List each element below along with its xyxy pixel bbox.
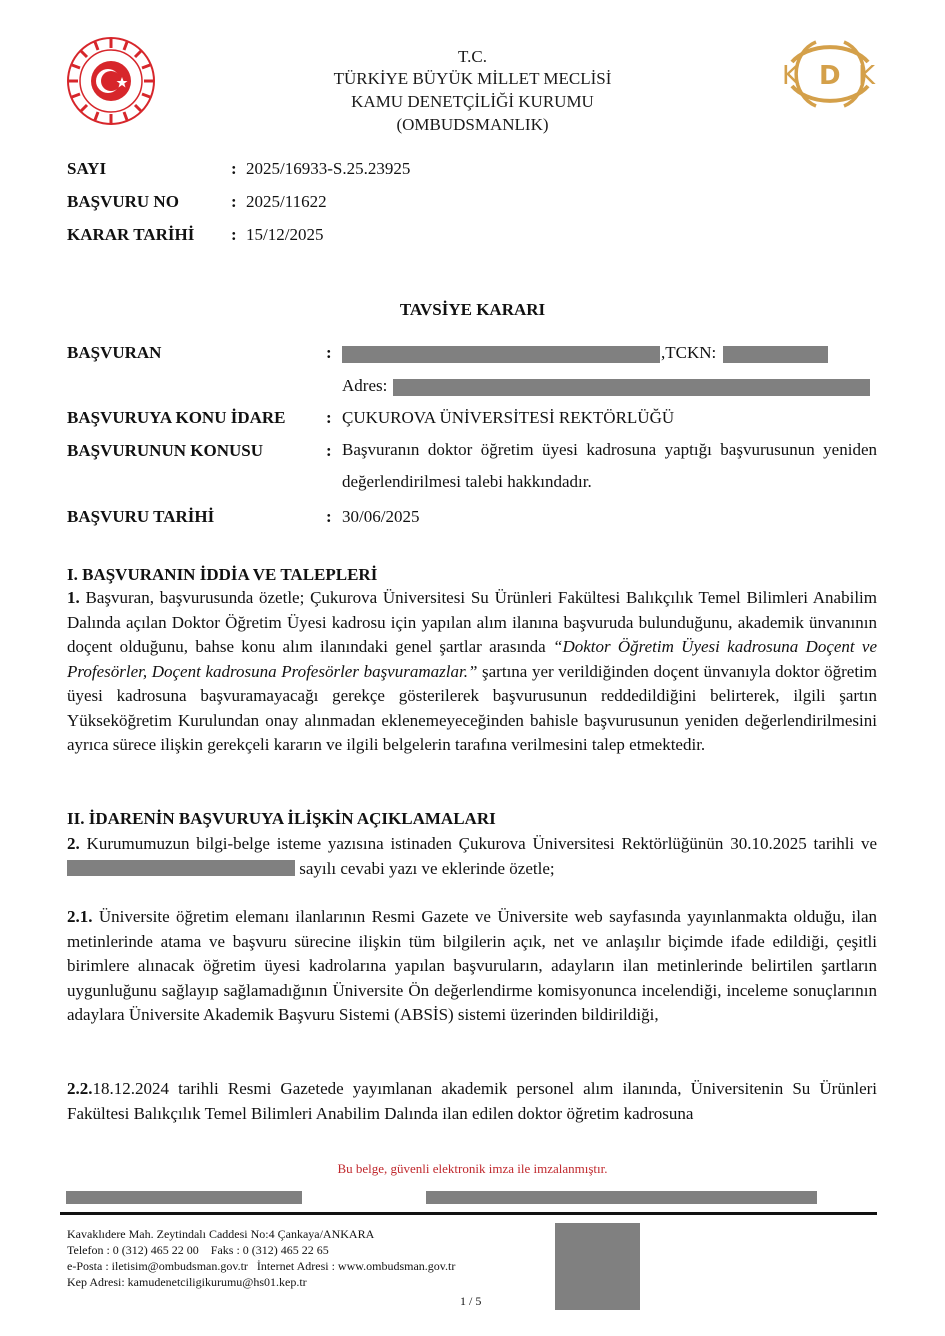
paragraph-1: 1. Başvuran, başvurusunda özetle; Çukuro… bbox=[67, 586, 877, 758]
paragraph-number: 2.1. bbox=[67, 907, 93, 926]
colon: : bbox=[231, 225, 237, 245]
paragraph-text: sayılı cevabi yazı ve eklerinde özetle; bbox=[295, 859, 555, 878]
redacted-applicant-name bbox=[342, 346, 660, 363]
page-number: 1 / 5 bbox=[460, 1293, 481, 1309]
subject-value: Başvuranın doktor öğretim üyesi kadrosun… bbox=[342, 434, 877, 498]
authority-value: ÇUKUROVA ÜNİVERSİTESİ REKTÖRLÜĞÜ bbox=[342, 408, 674, 428]
header-kdk: KAMU DENETÇİLİĞİ KURUMU bbox=[0, 92, 945, 112]
paragraph-number: 1. bbox=[67, 588, 80, 607]
karar-tarihi-value: 15/12/2025 bbox=[246, 225, 323, 245]
subject-label: BAŞVURUNUN KONUSU bbox=[67, 441, 263, 461]
section-1-title: I. BAŞVURANIN İDDİA VE TALEPLERİ bbox=[67, 565, 377, 585]
paragraph-2-1: 2.1. Üniversite öğretim elemanı ilanları… bbox=[67, 905, 877, 1028]
header-tbmm: TÜRKİYE BÜYÜK MİLLET MECLİSİ bbox=[0, 69, 945, 89]
redacted-tckn bbox=[723, 346, 828, 363]
redacted-signature-right bbox=[426, 1191, 817, 1204]
footer-email-web: e-Posta : iletisim@ombudsman.gov.tr İnte… bbox=[67, 1258, 455, 1274]
sayi-label: SAYI bbox=[67, 159, 106, 179]
footer-divider bbox=[60, 1212, 877, 1215]
basvuru-no-label: BAŞVURU NO bbox=[67, 192, 179, 212]
paragraph-text: Üniversite öğretim elemanı ilanlarının R… bbox=[67, 907, 877, 1024]
sayi-value: 2025/16933-S.25.23925 bbox=[246, 159, 410, 179]
redacted-address bbox=[393, 379, 870, 396]
paragraph-2: 2. Kurumumuzun bilgi-belge isteme yazısı… bbox=[67, 832, 877, 881]
document-title: TAVSİYE KARARI bbox=[0, 300, 945, 320]
redacted-letter-number bbox=[67, 860, 295, 876]
application-date-label: BAŞVURU TARİHİ bbox=[67, 507, 214, 527]
address-label: Adres: bbox=[342, 376, 387, 396]
header-ombudsmanlik: (OMBUDSMANLIK) bbox=[0, 115, 945, 135]
section-2-title: II. İDARENİN BAŞVURUYA İLİŞKİN AÇIKLAMAL… bbox=[67, 809, 496, 829]
footer-phone-fax: Telefon : 0 (312) 465 22 00 Faks : 0 (31… bbox=[67, 1242, 329, 1258]
colon: : bbox=[326, 441, 332, 461]
authority-label: BAŞVURUYA KONU İDARE bbox=[67, 408, 286, 428]
paragraph-number: 2. bbox=[67, 834, 80, 853]
colon: : bbox=[326, 408, 332, 428]
colon: : bbox=[231, 192, 237, 212]
applicant-label: BAŞVURAN bbox=[67, 343, 161, 363]
redacted-qr-code bbox=[555, 1223, 640, 1310]
paragraph-text: Kurumumuzun bilgi-belge isteme yazısına … bbox=[80, 834, 877, 853]
header-tc: T.C. bbox=[0, 47, 945, 67]
colon: : bbox=[326, 507, 332, 527]
paragraph-text: 18.12.2024 tarihli Resmi Gazetede yayıml… bbox=[67, 1079, 877, 1123]
karar-tarihi-label: KARAR TARİHİ bbox=[67, 225, 194, 245]
basvuru-no-value: 2025/11622 bbox=[246, 192, 327, 212]
e-signature-note: Bu belge, güvenli elektronik imza ile im… bbox=[0, 1161, 945, 1177]
redacted-signature-left bbox=[66, 1191, 302, 1204]
colon: : bbox=[231, 159, 237, 179]
application-date-value: 30/06/2025 bbox=[342, 507, 419, 527]
footer-address: Kavaklıdere Mah. Zeytindalı Caddesi No:4… bbox=[67, 1226, 374, 1242]
colon: : bbox=[326, 343, 332, 363]
paragraph-number: 2.2. bbox=[67, 1079, 93, 1098]
paragraph-2-2: 2.2.18.12.2024 tarihli Resmi Gazetede ya… bbox=[67, 1077, 877, 1126]
tckn-label: ,TCKN: bbox=[661, 343, 716, 363]
footer-kep: Kep Adresi: kamudenetciligikurumu@hs01.k… bbox=[67, 1274, 307, 1290]
